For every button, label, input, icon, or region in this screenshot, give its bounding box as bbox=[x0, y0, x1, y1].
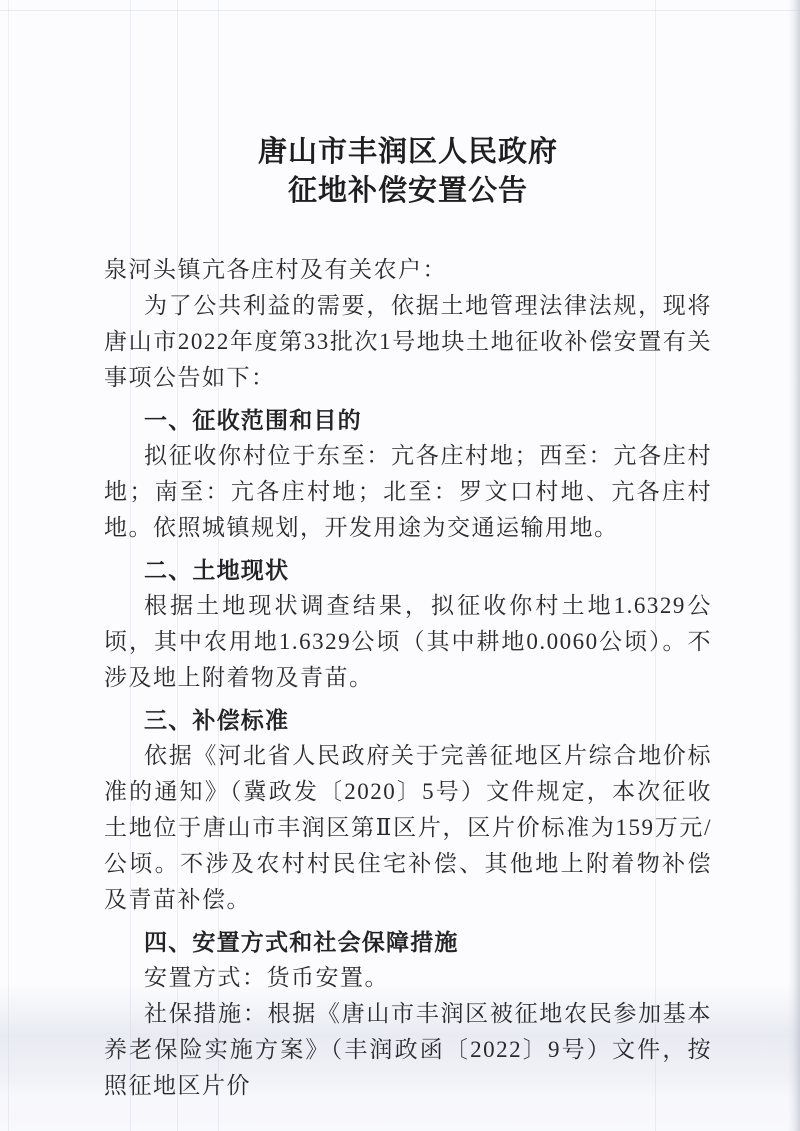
section-4-paragraph-1: 安置方式：货币安置。 bbox=[104, 960, 712, 996]
section-2-paragraph-1: 根据土地现状调查结果，拟征收你村土地1.6329公顷，其中农用地1.6329公顷… bbox=[104, 588, 712, 696]
section-4-paragraph-2: 社保措施：根据《唐山市丰润区被征地农民参加基本养老保险实施方案》（丰润政函〔20… bbox=[104, 996, 712, 1104]
document-title: 唐山市丰润区人民政府 征地补偿安置公告 bbox=[104, 133, 712, 211]
intro-paragraph: 为了公共利益的需要，依据土地管理法律法规，现将唐山市2022年度第33批次1号地… bbox=[104, 288, 712, 396]
salutation: 泉河头镇亢各庄村及有关农户： bbox=[104, 252, 712, 288]
document-title-line-2: 征地补偿安置公告 bbox=[104, 172, 712, 211]
scanned-page: 唐山市丰润区人民政府 征地补偿安置公告 泉河头镇亢各庄村及有关农户： 为了公共利… bbox=[0, 0, 800, 1131]
section-4-heading: 四、安置方式和社会保障措施 bbox=[104, 924, 712, 960]
announcement-document: 唐山市丰润区人民政府 征地补偿安置公告 泉河头镇亢各庄村及有关农户： 为了公共利… bbox=[0, 133, 800, 1104]
document-title-line-1: 唐山市丰润区人民政府 bbox=[104, 133, 712, 172]
section-3-paragraph-1: 依据《河北省人民政府关于完善征地区片综合地价标准的通知》（冀政发〔2020〕5号… bbox=[104, 738, 712, 918]
paper-top-edge bbox=[0, 10, 800, 11]
section-1-heading: 一、征收范围和目的 bbox=[104, 402, 712, 438]
section-3-heading: 三、补偿标准 bbox=[104, 702, 712, 738]
section-2-heading: 二、土地现状 bbox=[104, 552, 712, 588]
section-1-paragraph-1: 拟征收你村位于东至：亢各庄村地；西至：亢各庄村地；南至：亢各庄村地；北至：罗文口… bbox=[104, 438, 712, 546]
